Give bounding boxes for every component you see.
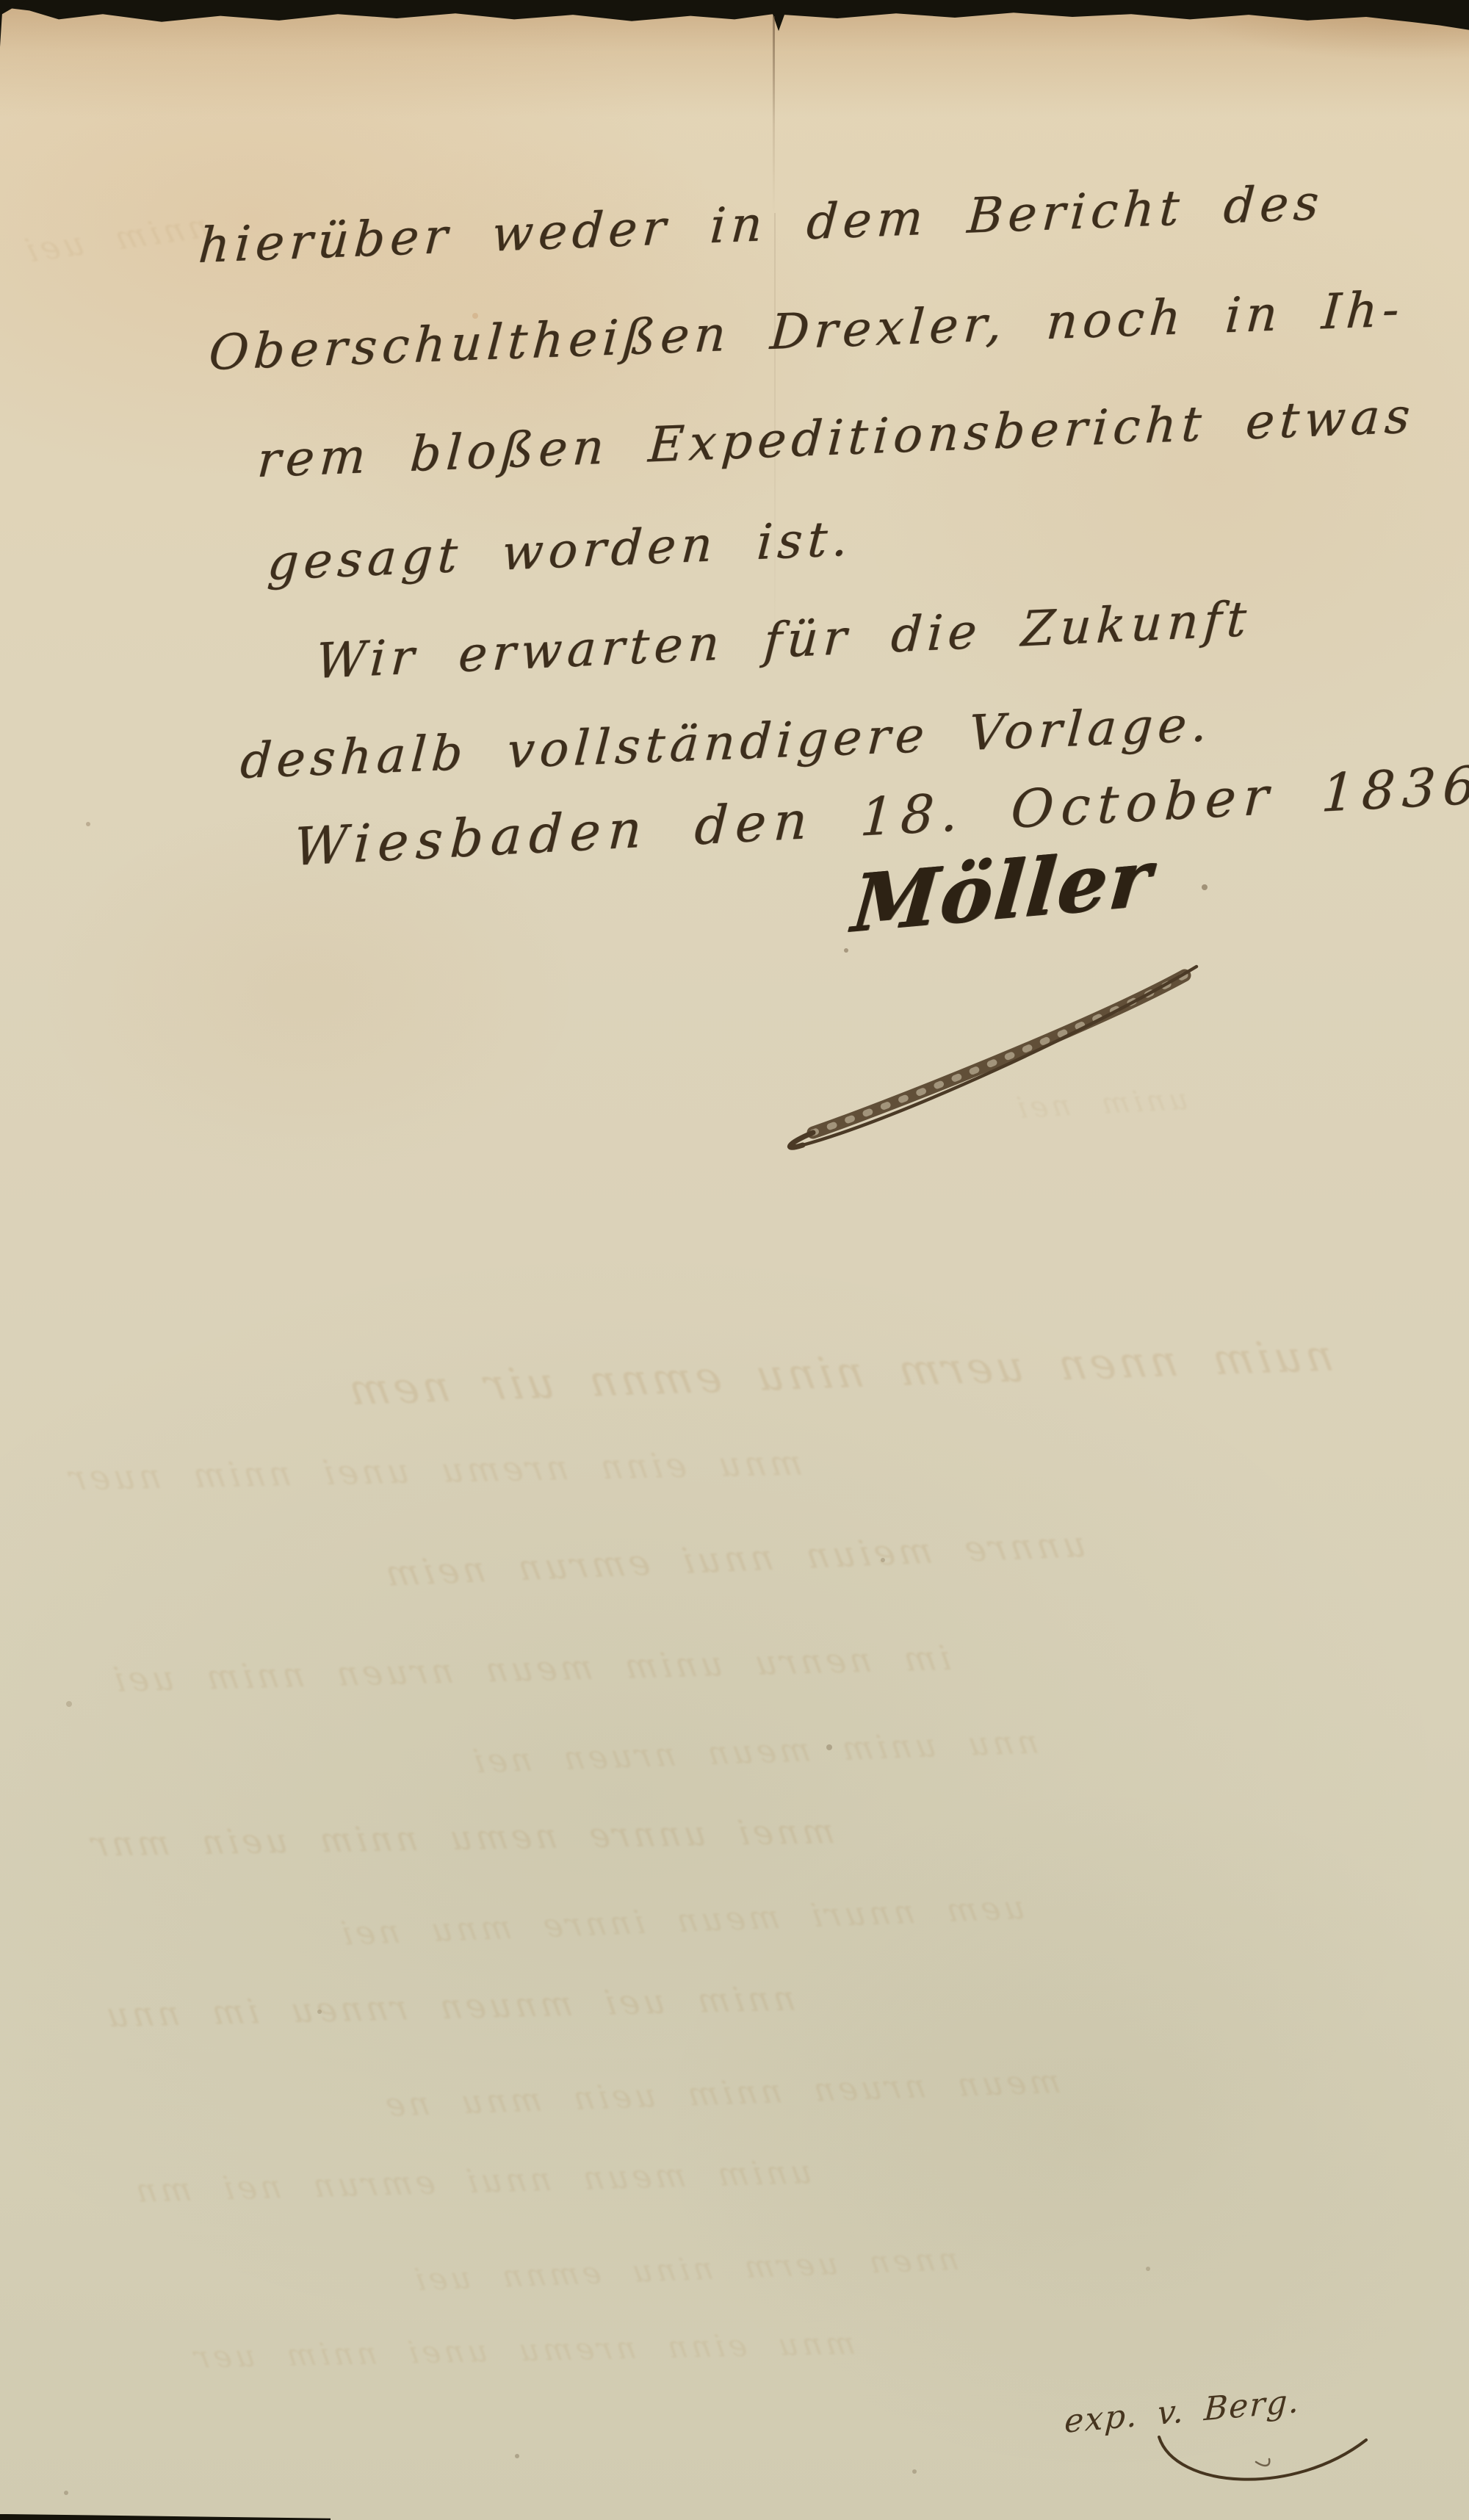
bleedthrough-line: nuim nnen uerm ninu emnn uir nem [341,1331,1337,1415]
bleedthrough-line: mnei unnre nemu nnim uein mnr [85,1811,837,1864]
bleedthrough-line: nnim uei mnuen rnneu im nnu [100,1979,798,2035]
docket-flourish [1146,2424,1396,2505]
bleedthrough-line: nnu unim meun nruen nei [467,1724,1042,1781]
bleedthrough-line: nnen uerm ninu emnn uei [408,2241,961,2297]
letter-line: rem bloßen Expeditionsbericht etwas [256,387,1417,488]
signature: Möller [848,831,1156,950]
bleedthrough-line: unim meun nnui emrun nei mn [129,2153,815,2210]
bleedthrough-line: im nenru unim meun nruen nnim uei [107,1638,954,1700]
bleedthrough-line: uem nnuri meun innre mnu nei [335,1889,1028,1953]
bleedthrough-line: mnu einn nremu unei nnim nuer [63,1443,805,1498]
letter-line: Oberschultheißen Drexler, noch in Ih- [207,281,1406,381]
letter-line: hierüber weder in dem Bericht des [197,174,1326,274]
signature-flourish [746,947,1201,1168]
crease-line [773,16,775,214]
bleedthrough-line: meun nruen nnim uein mnu ne [379,2063,1064,2124]
letter-line: gesagt worden ist. [266,510,855,591]
bleedthrough-line: unnre meiun nnui emrun neim [378,1524,1089,1595]
letter-line: Wir erwarten für die Zukunft [314,591,1253,690]
manuscript-page: hierüber weder in dem Bericht des Obersc… [0,0,1469,2520]
bleedthrough-line: nnim uei [18,208,214,270]
bleedthrough-line: mnu einn nremu unei nnim uer [188,2325,857,2375]
bottom-tear-line [0,2514,331,2520]
foxing-specks [0,0,3,3]
